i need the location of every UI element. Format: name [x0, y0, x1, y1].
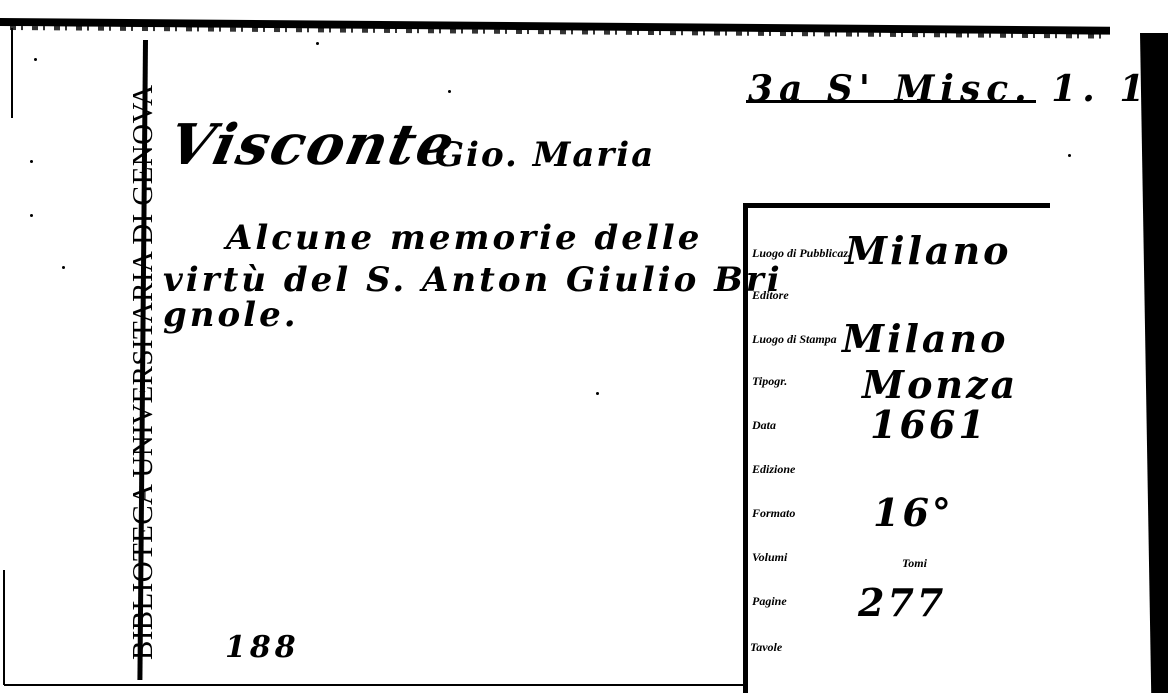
card-left-edge: [11, 28, 13, 118]
field-label-formato: Formato: [752, 506, 795, 521]
field-value-data: 1661: [870, 402, 988, 447]
scan-speck: [316, 42, 319, 45]
shelfmark: 3a S' Misc. 1. 16: [748, 68, 1168, 110]
field-label-volumi: Volumi: [752, 550, 787, 565]
library-name: BIBLIOTECA UNIVERSITARIA DI GENOVA: [127, 85, 160, 660]
field-value-luogo-stampa: Milano: [842, 316, 1009, 361]
card-number: 188: [225, 630, 300, 665]
shelfmark-underline: [746, 100, 1036, 103]
author-given-names: Gio. Maria: [435, 135, 655, 175]
field-label-tomi: Tomi: [902, 556, 927, 571]
scan-speck: [62, 266, 65, 269]
scan-speck: [30, 214, 33, 217]
scan-speck: [596, 392, 599, 395]
card-right-shadow: [1140, 33, 1168, 693]
form-box-top-border: [743, 203, 1050, 208]
title-line-3: gnole.: [163, 295, 299, 335]
field-label-edizione: Edizione: [752, 462, 795, 477]
field-label-editore: Editore: [752, 288, 789, 303]
field-label-tipografo: Tipogr.: [752, 374, 787, 389]
scan-speck: [30, 160, 33, 163]
card-bottom-edge: [4, 684, 744, 686]
field-label-data: Data: [752, 418, 776, 433]
field-label-tavole: Tavole: [750, 640, 782, 655]
field-value-formato: 16°: [873, 490, 954, 535]
scan-speck: [1068, 154, 1071, 157]
field-value-tipografo: Monza: [862, 362, 1018, 407]
field-value-pagine: 277: [858, 580, 946, 625]
field-value-luogo-pubblicazione: Milano: [845, 228, 1012, 273]
field-label-luogo-stampa: Luogo di Stampa: [752, 332, 837, 347]
field-label-pagine: Pagine: [752, 594, 787, 609]
author-surname: Visconte: [163, 112, 462, 178]
scan-speck: [448, 90, 451, 93]
title-line-2: virtù del S. Anton Giulio Bri: [163, 260, 783, 300]
field-label-luogo-pubblicazione: Luogo di Pubblicaz.: [752, 246, 851, 261]
title-line-1: Alcune memorie delle: [226, 218, 702, 258]
form-box-left-border: [743, 203, 748, 693]
scan-speck: [34, 58, 37, 61]
card-left-edge-lower: [3, 570, 5, 685]
